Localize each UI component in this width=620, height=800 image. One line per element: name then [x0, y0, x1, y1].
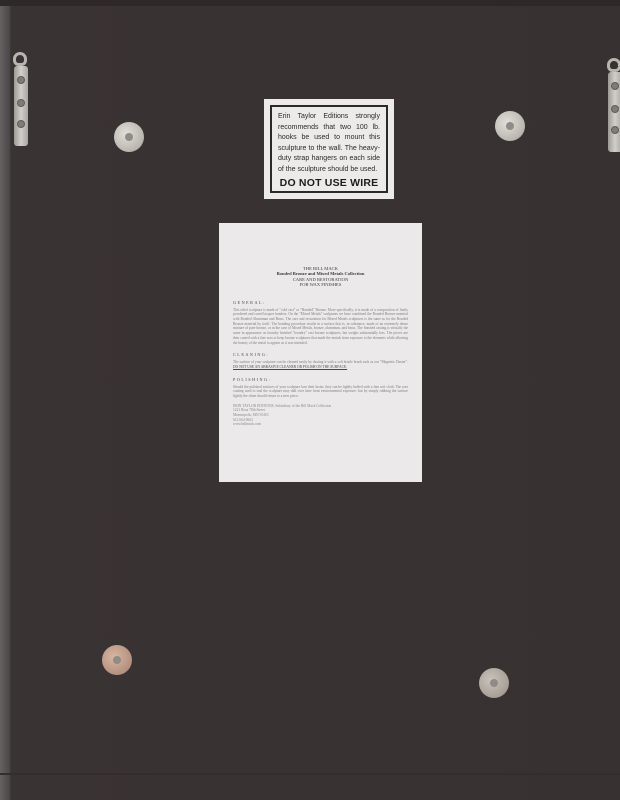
section-heading-general: GENERAL: [233, 300, 408, 305]
right-strap-hanger [608, 58, 620, 128]
screw-icon [113, 656, 121, 664]
section-body-polishing: Should the polished surfaces of your scu… [233, 385, 408, 399]
care-sheet-subtitle: FOR WAX FINISHES [233, 282, 408, 287]
section-heading-cleaning: CLEANING: [233, 352, 408, 357]
hanger-strap [608, 72, 620, 152]
bottom-left-bumper [102, 645, 132, 675]
cleaning-text: The surface of your sculpture can be cle… [233, 360, 408, 364]
screw-icon [611, 82, 619, 90]
screw-icon [125, 133, 133, 141]
screw-icon [17, 99, 25, 107]
section-body-general: This relief sculpture is made of "cold c… [233, 308, 408, 346]
frame-top-edge [0, 0, 620, 6]
address-block: ERIN TAYLOR EDITIONS, Subsidiary of the … [233, 404, 408, 427]
left-strap-hanger [14, 52, 28, 122]
d-ring-icon [13, 52, 27, 66]
section-body-cleaning: The surface of your sculpture can be cle… [233, 360, 408, 369]
d-ring-icon [607, 58, 620, 72]
screw-icon [490, 679, 498, 687]
screw-icon [17, 120, 25, 128]
screw-icon [17, 76, 25, 84]
frame-left-edge [0, 0, 10, 800]
top-left-bumper [114, 122, 144, 152]
care-sheet-titles: THE BILL MACK Bonded Bronze and Mixed Me… [233, 266, 408, 288]
screw-icon [611, 105, 619, 113]
warning-label-heading: DO NOT USE WIRE [278, 178, 380, 189]
care-sheet: THE BILL MACK Bonded Bronze and Mixed Me… [219, 223, 422, 482]
warning-label-text: Erin Taylor Editions strongly recommends… [278, 112, 380, 175]
section-heading-polishing: POLISHING: [233, 377, 408, 382]
bottom-right-bumper [479, 668, 509, 698]
backing-seam [0, 773, 620, 775]
warning-label: Erin Taylor Editions strongly recommends… [264, 99, 394, 199]
cleaning-warning: DO NOT USE AN ABRASIVE CLEANER OR POLISH… [233, 365, 347, 369]
screw-icon [506, 122, 514, 130]
hanger-strap [14, 66, 28, 146]
address-line: www.billmack.com [233, 422, 408, 427]
top-right-bumper [495, 111, 525, 141]
screw-icon [611, 126, 619, 134]
